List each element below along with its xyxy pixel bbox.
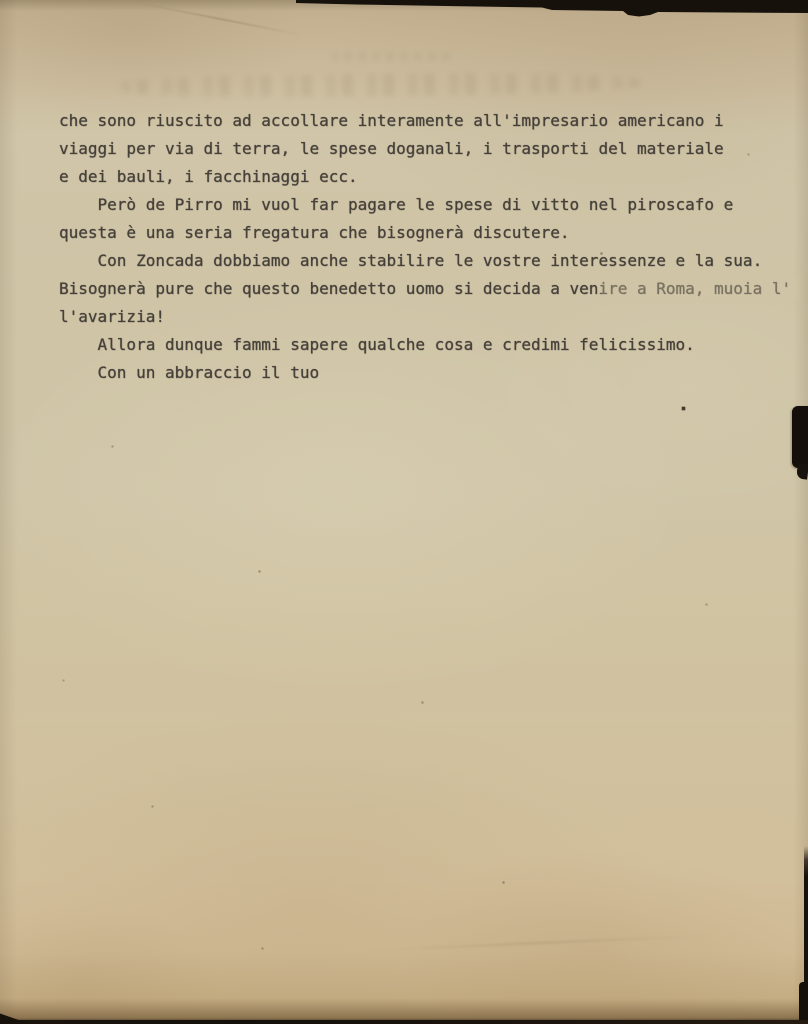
ink-fade-patch <box>600 275 800 301</box>
letter-body-text: che sono riuscito ad accollare interamen… <box>59 107 799 387</box>
scanned-letter-page: che sono riuscito ad accollare interamen… <box>0 0 808 1024</box>
foxing-specks <box>0 0 1 1</box>
bottom-edge-scan-border <box>0 1020 808 1024</box>
bottom-right-edge-scan-border <box>799 982 808 1024</box>
right-edge-binding-mark <box>792 406 808 468</box>
bleedthrough-ghost-smudge <box>332 52 450 61</box>
